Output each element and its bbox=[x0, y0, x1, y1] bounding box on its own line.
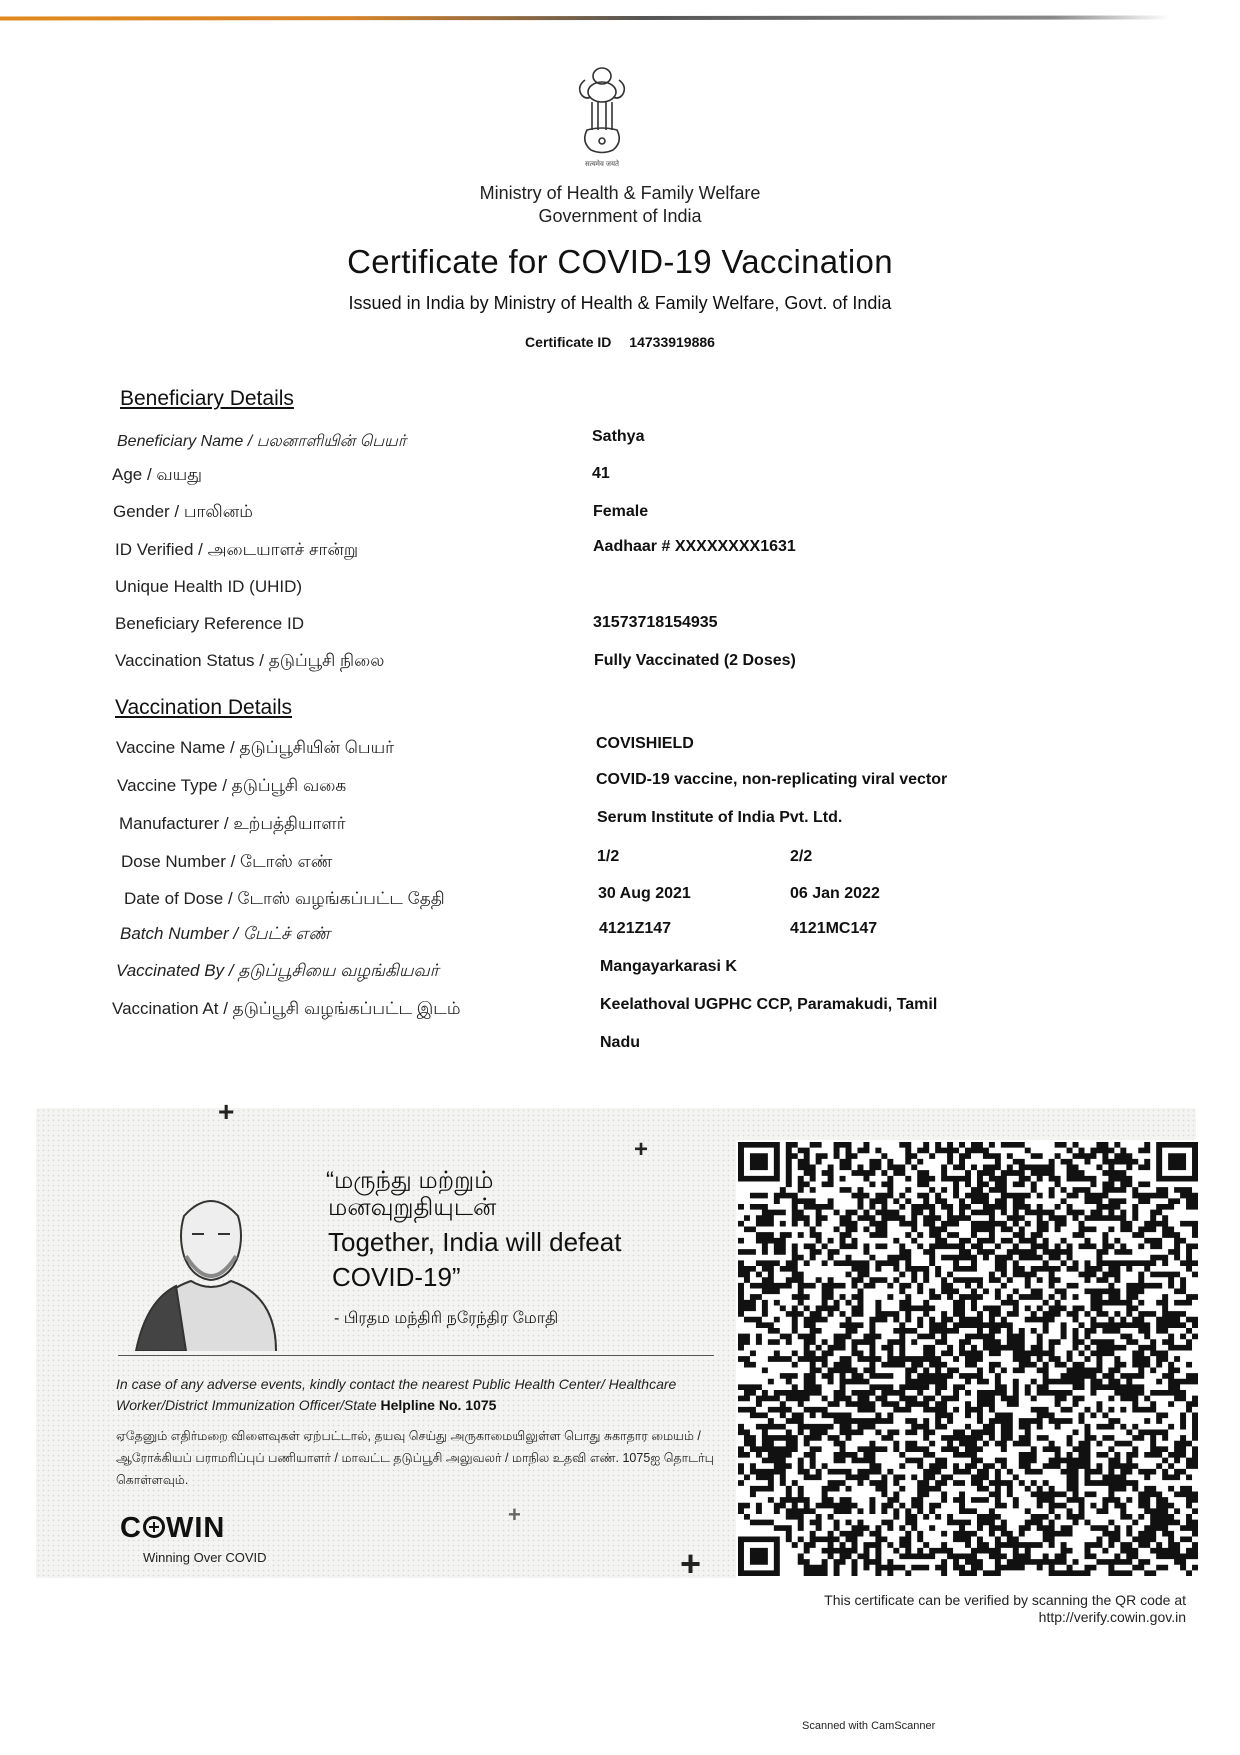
label-date-of-dose: Date of Dose / டோஸ் வழங்கப்பட்ட தேதி bbox=[124, 889, 445, 911]
value-vaccinated-by: Mangayarkarasi K bbox=[600, 958, 737, 976]
certificate-id-value: 14733919886 bbox=[629, 334, 715, 350]
beneficiary-heading: Beneficiary Details bbox=[120, 387, 294, 411]
divider bbox=[118, 1355, 714, 1356]
cowin-logo: CWIN bbox=[120, 1512, 225, 1545]
value-vaccine-type: COVID-19 vaccine, non-replicating viral … bbox=[596, 771, 947, 789]
vaccination-heading: Vaccination Details bbox=[115, 696, 292, 720]
value-beneficiary-name: Sathya bbox=[592, 428, 644, 446]
quote-author: - பிரதம மந்திரி நரேந்திர மோதி bbox=[334, 1309, 558, 1329]
svg-text:सत्यमेव जयते: सत्यमेव जयते bbox=[585, 159, 620, 168]
adverse-events-advisory-tamil: ஏதேனும் எதிர்மறை விளைவுகள் ஏற்பட்டால், த… bbox=[116, 1425, 716, 1491]
value-dose-number-1: 1/2 bbox=[597, 848, 619, 866]
label-vaccinated-by: Vaccinated By / தடுப்பூசியை வழங்கியவர் bbox=[116, 961, 439, 983]
issued-by: Issued in India by Ministry of Health & … bbox=[0, 293, 1240, 314]
label-dose-number: Dose Number / டோஸ் எண் bbox=[121, 852, 332, 874]
value-vaccination-at-line2: Nadu bbox=[600, 1034, 640, 1052]
value-vaccine-name: COVISHIELD bbox=[596, 735, 694, 753]
government-name: Government of India bbox=[0, 206, 1240, 227]
qr-code-icon bbox=[738, 1142, 1198, 1576]
value-batch-dose-1: 4121Z147 bbox=[599, 920, 671, 938]
value-gender: Female bbox=[593, 503, 648, 521]
verify-url[interactable]: http://verify.cowin.gov.in bbox=[824, 1609, 1186, 1626]
plus-icon: + bbox=[218, 1098, 234, 1126]
certificate-id: Certificate ID 14733919886 bbox=[0, 334, 1240, 350]
label-age: Age / வயது bbox=[112, 465, 202, 487]
label-beneficiary-name: Beneficiary Name / பலனாளியின் பெயர் bbox=[117, 432, 406, 452]
ministry-name: Ministry of Health & Family Welfare bbox=[0, 183, 1240, 204]
value-age: 41 bbox=[592, 465, 610, 483]
certificate-id-label: Certificate ID bbox=[525, 334, 611, 350]
cowin-logo-icon bbox=[143, 1516, 165, 1538]
quote-english-line2: COVID-19” bbox=[332, 1262, 461, 1293]
quote-english-line1: Together, India will defeat bbox=[328, 1227, 621, 1258]
label-vaccination-status: Vaccination Status / தடுப்பூசி நிலை bbox=[115, 651, 384, 673]
label-uhid: Unique Health ID (UHID) bbox=[115, 577, 302, 597]
cowin-tagline: Winning Over COVID bbox=[143, 1550, 267, 1565]
label-vaccination-at: Vaccination At / தடுப்பூசி வழங்கப்பட்ட இ… bbox=[112, 999, 461, 1021]
page-title: Certificate for COVID-19 Vaccination bbox=[0, 243, 1240, 281]
label-manufacturer: Manufacturer / உற்பத்தியாளர் bbox=[119, 814, 346, 836]
value-vaccination-at: Keelathoval UGPHC CCP, Paramakudi, Tamil bbox=[600, 996, 937, 1014]
value-id-verified: Aadhaar # XXXXXXXX1631 bbox=[593, 538, 796, 556]
value-vaccination-status: Fully Vaccinated (2 Doses) bbox=[594, 652, 796, 670]
value-manufacturer: Serum Institute of India Pvt. Ltd. bbox=[597, 809, 842, 827]
label-gender: Gender / பாலினம் bbox=[113, 502, 253, 524]
value-reference-id: 31573718154935 bbox=[593, 614, 718, 632]
label-batch-number: Batch Number / பேட்ச் எண் bbox=[120, 924, 330, 946]
label-vaccine-type: Vaccine Type / தடுப்பூசி வகை bbox=[117, 776, 346, 798]
plus-icon: + bbox=[508, 1504, 521, 1526]
scanner-watermark: Scanned with CamScanner bbox=[802, 1720, 935, 1732]
quote-tamil-line1: “மருந்து மற்றும் bbox=[326, 1168, 493, 1194]
value-date-dose-1: 30 Aug 2021 bbox=[598, 885, 691, 903]
plus-icon: + bbox=[680, 1546, 701, 1582]
quote-tamil-line2: மனவுறுதியுடன் bbox=[328, 1195, 496, 1221]
value-dose-number-2: 2/2 bbox=[790, 848, 812, 866]
label-vaccine-name: Vaccine Name / தடுப்பூசியின் பெயர் bbox=[116, 738, 394, 760]
scan-edge-artifact bbox=[0, 15, 1170, 20]
plus-icon: + bbox=[634, 1138, 648, 1162]
adverse-events-advisory-english: In case of any adverse events, kindly co… bbox=[116, 1374, 716, 1416]
portrait-icon bbox=[126, 1186, 296, 1351]
state-emblem-icon: सत्यमेव जयते bbox=[567, 62, 637, 172]
helpline-number: Helpline No. 1075 bbox=[381, 1397, 497, 1413]
value-batch-dose-2: 4121MC147 bbox=[790, 920, 877, 938]
label-reference-id: Beneficiary Reference ID bbox=[115, 614, 304, 634]
value-date-dose-2: 06 Jan 2022 bbox=[790, 885, 880, 903]
verify-line1: This certificate can be verified by scan… bbox=[824, 1592, 1186, 1609]
verify-note: This certificate can be verified by scan… bbox=[824, 1592, 1186, 1626]
label-id-verified: ID Verified / அடையாளச் சான்று bbox=[115, 540, 358, 562]
